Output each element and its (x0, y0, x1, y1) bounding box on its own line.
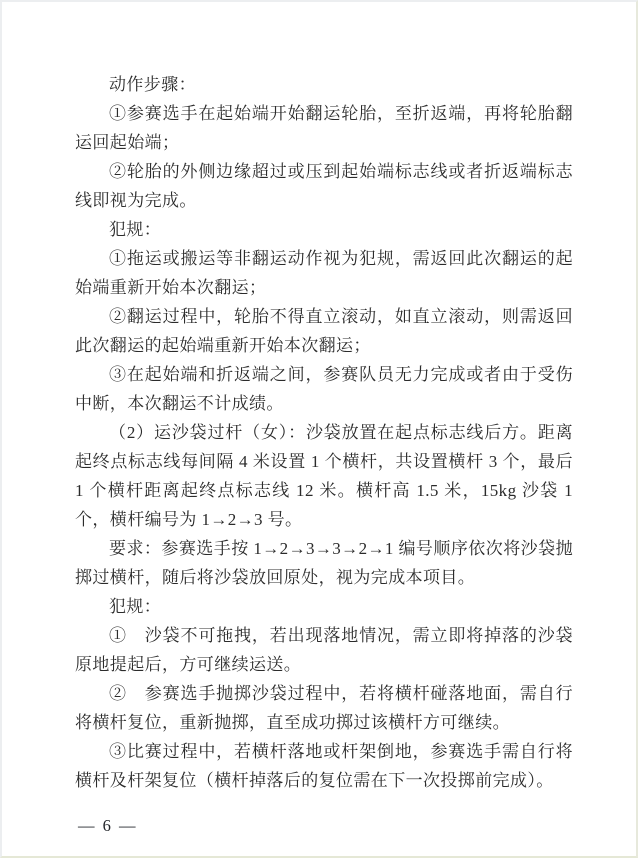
paragraph: 动作步骤： (75, 70, 573, 99)
paragraph: ③比赛过程中，若横杆落地或杆架倒地，参赛选手需自行将横杆及杆架复位（横杆掉落后的… (75, 737, 573, 795)
paragraph: ①参赛选手在起始端开始翻运轮胎，至折返端，再将轮胎翻运回起始端； (75, 99, 573, 157)
document-body: 动作步骤：①参赛选手在起始端开始翻运轮胎，至折返端，再将轮胎翻运回起始端；②轮胎… (75, 70, 573, 795)
page-number: — 6 — (78, 816, 138, 836)
paragraph: ③在起始端和折返端之间，参赛队员无力完成或者由于受伤中断，本次翻运不计成绩。 (75, 360, 573, 418)
paragraph: ① 沙袋不可拖拽，若出现落地情况，需立即将掉落的沙袋原地提起后，方可继续运送。 (75, 621, 573, 679)
paragraph: 犯规： (75, 215, 573, 244)
paragraph: 要求：参赛选手按 1→2→3→3→2→1 编号顺序依次将沙袋抛掷过横杆，随后将沙… (75, 534, 573, 592)
paragraph: ①拖运或搬运等非翻运动作视为犯规，需返回此次翻运的起始端重新开始本次翻运； (75, 244, 573, 302)
paragraph: ② 参赛选手抛掷沙袋过程中，若将横杆碰落地面，需自行将横杆复位，重新抛掷，直至成… (75, 679, 573, 737)
paragraph: 犯规： (75, 592, 573, 621)
paragraph: ②翻运过程中，轮胎不得直立滚动，如直立滚动，则需返回此次翻运的起始端重新开始本次… (75, 302, 573, 360)
paragraph: ②轮胎的外侧边缘超过或压到起始端标志线或者折返端标志线即视为完成。 (75, 157, 573, 215)
document-page: 动作步骤：①参赛选手在起始端开始翻运轮胎，至折返端，再将轮胎翻运回起始端；②轮胎… (0, 0, 638, 858)
paragraph: （2）运沙袋过杆（女）：沙袋放置在起点标志线后方。距离起终点标志线每间隔 4 米… (75, 418, 573, 534)
